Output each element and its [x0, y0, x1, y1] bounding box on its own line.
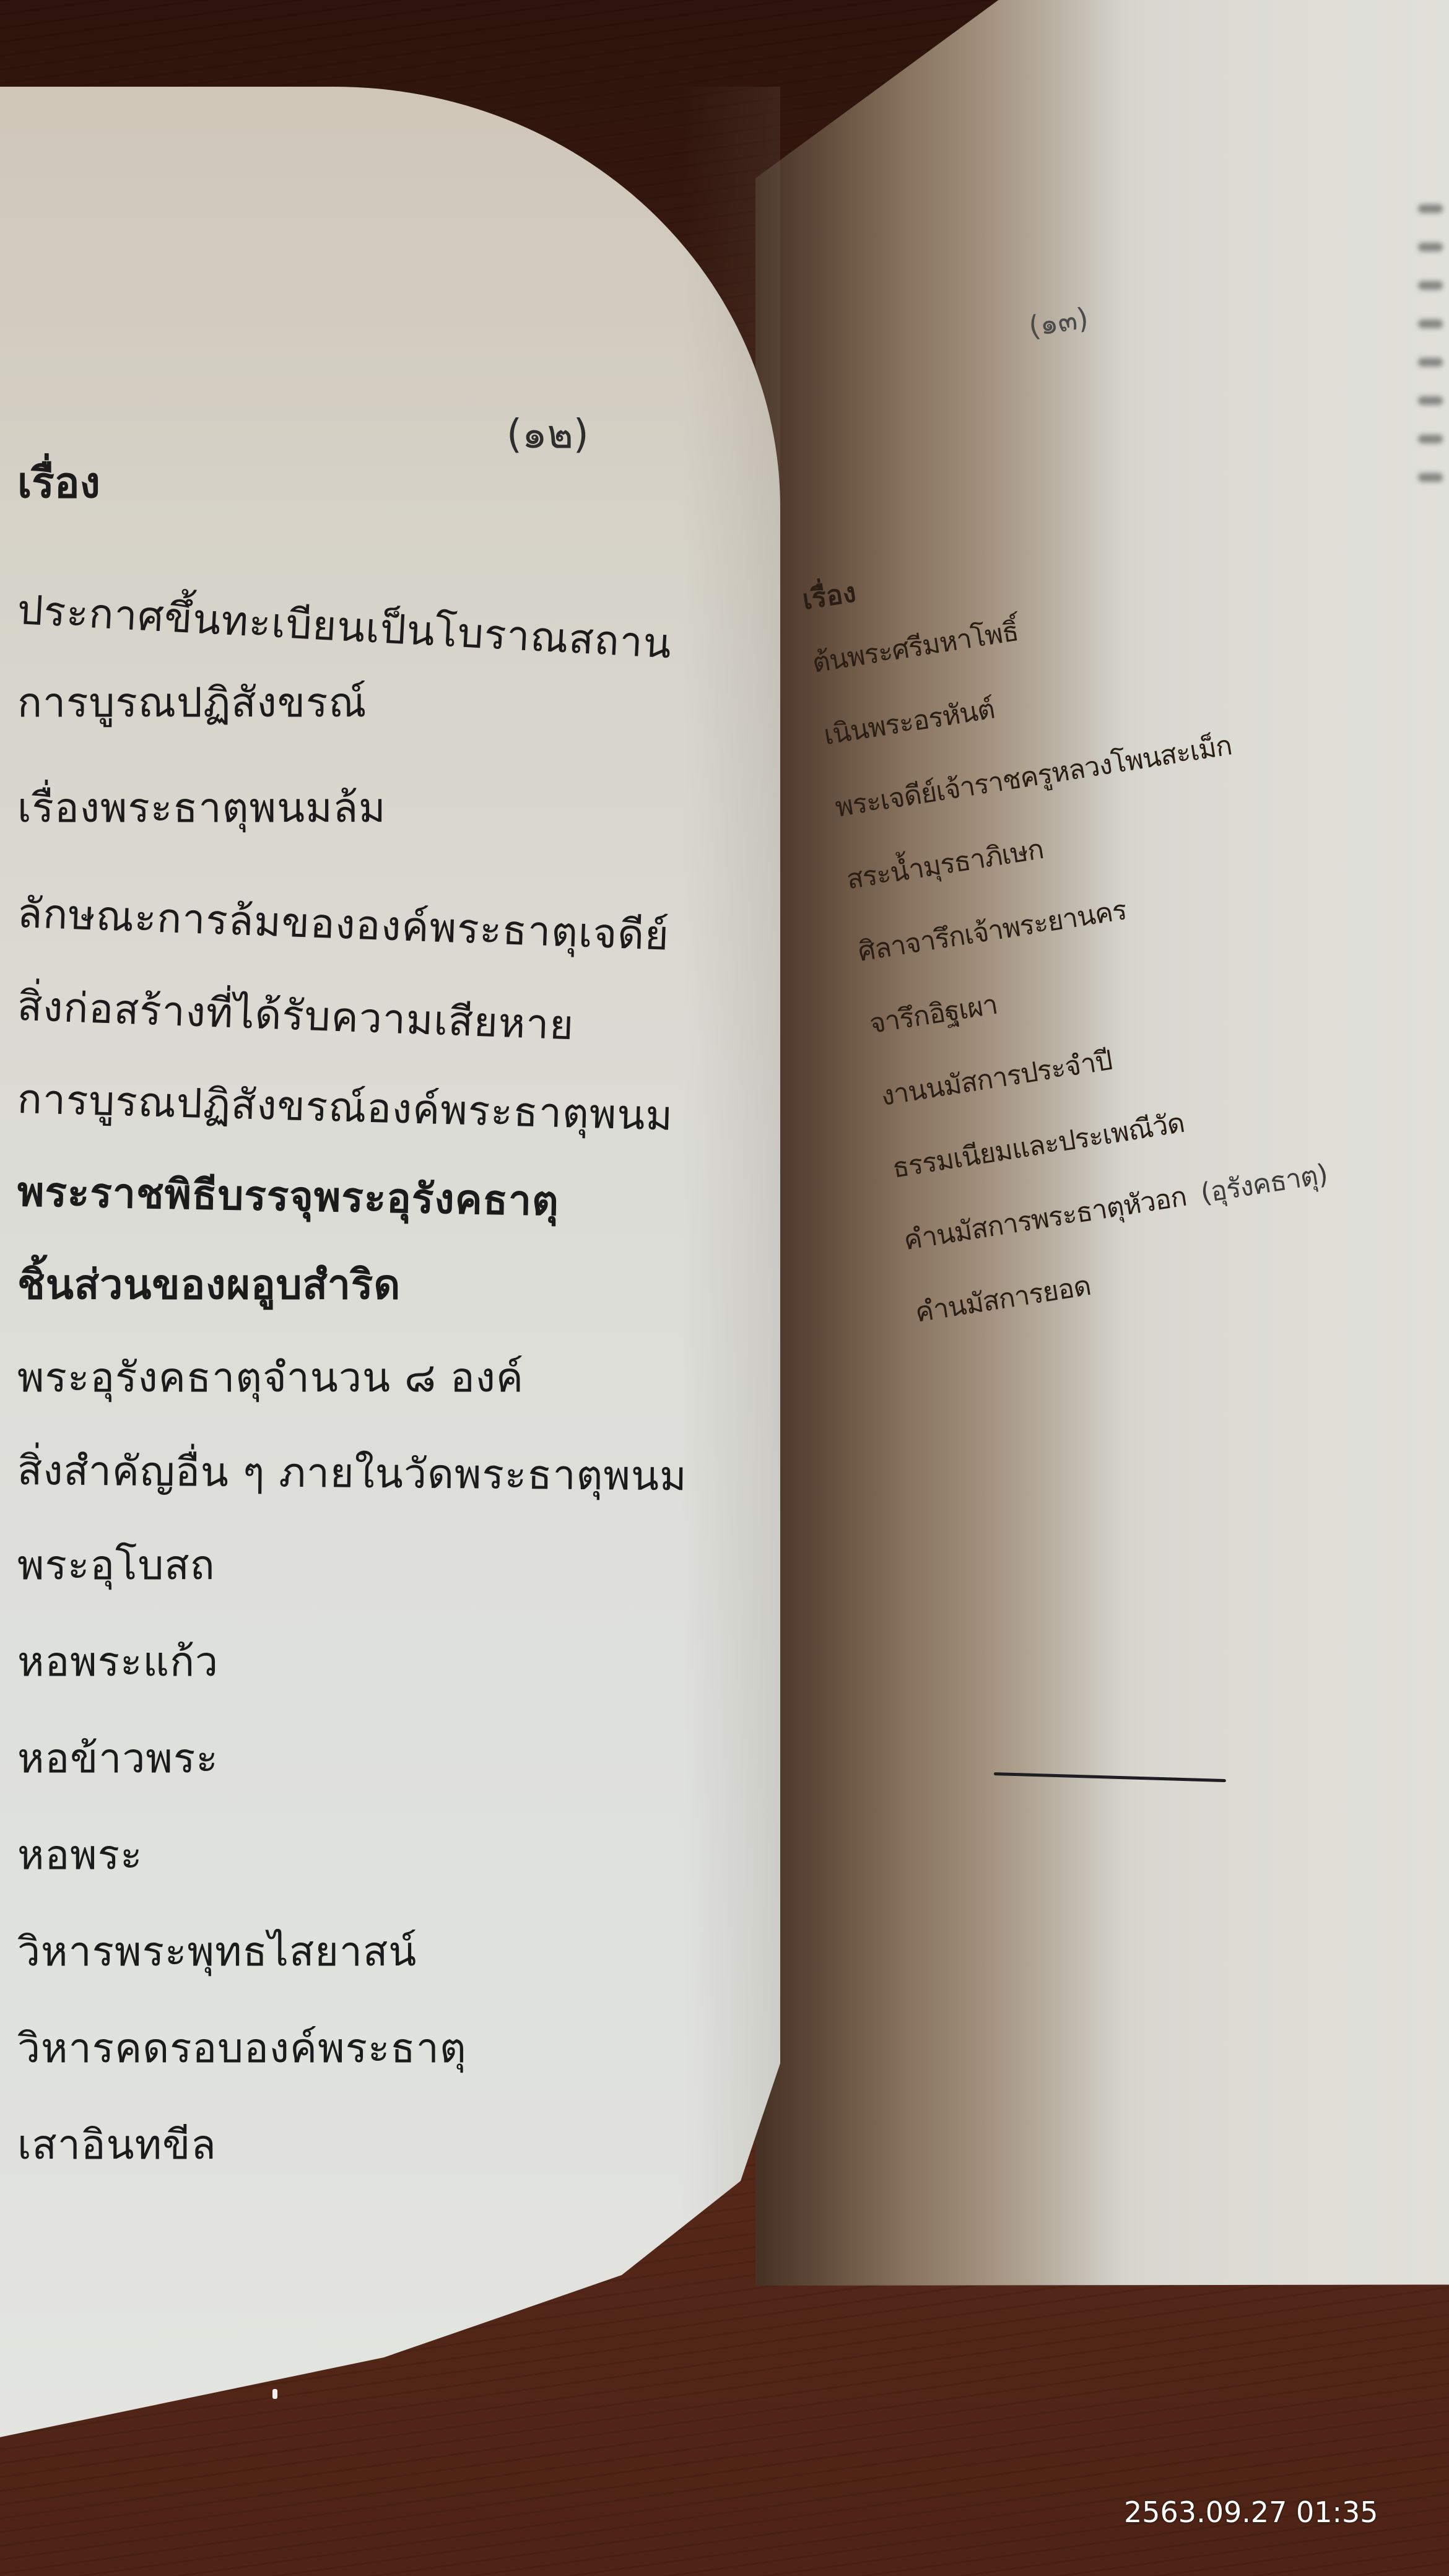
toc-item: พระราชพิธีบรรจุพระอุรังคธาตุ	[17, 1146, 688, 1250]
edge-text-fragment	[1418, 473, 1443, 482]
toc-item: การบูรณปฏิสังขรณ์องค์พระธาตุพนม	[16, 1053, 688, 1163]
table-speck	[272, 2389, 277, 2399]
left-page: (๑๒) เรื่อง ประกาศขึ้นทะเบียนเป็นโบราณสถ…	[0, 87, 780, 2440]
edge-text-fragment	[1418, 243, 1443, 251]
book-photo: (๑๓) เรื่อง ต้นพระศรีมหาโพธิ์ เนินพระอรห…	[0, 0, 1449, 2576]
edge-text-fragment	[1418, 281, 1443, 290]
toc-item: เรื่องพระธาตุพนมล้ม	[17, 762, 687, 855]
toc-item: สิ่งสำคัญอื่น ๆ ภายในวัดพระธาตุพนม	[17, 1424, 687, 1523]
toc-item: วิหารพระพุทธไสยาสน์	[17, 1904, 687, 2000]
right-page-edge-text	[1418, 204, 1449, 1071]
left-toc-list: ประกาศขึ้นทะเบียนเป็นโบราณสถาน การบูรณปฏ…	[17, 563, 687, 2193]
edge-text-fragment	[1418, 320, 1443, 328]
toc-item: เสาอินทขีล	[17, 2097, 687, 2193]
right-page-heading: เรื่อง	[799, 570, 859, 622]
edge-text-fragment	[1418, 435, 1443, 443]
toc-item: พระอุโบสถ	[17, 1517, 687, 1614]
edge-text-fragment	[1418, 358, 1443, 367]
edge-text-fragment	[1418, 396, 1443, 405]
toc-item: หอพระแก้ว	[17, 1614, 687, 1710]
toc-item: ชิ้นส่วนของผอูบสำริด	[17, 1238, 687, 1331]
toc-item: วิหารคดรอบองค์พระธาตุ	[17, 2000, 687, 2097]
edge-text-fragment	[1418, 204, 1443, 213]
left-page-number: (๑๒)	[507, 402, 589, 466]
photo-timestamp: 2563.09.27 01:35	[1124, 2495, 1378, 2529]
toc-item: พระอุรังคธาตุจำนวน ๘ องค์	[17, 1331, 687, 1424]
left-page-heading: เรื่อง	[17, 449, 100, 516]
toc-item-note: (อุรังคธาตุ)	[1198, 1159, 1329, 1210]
toc-item: หอพระ	[17, 1807, 687, 1904]
right-page-number: (๑๓)	[1025, 295, 1092, 349]
toc-item: หอข้าวพระ	[17, 1710, 687, 1807]
